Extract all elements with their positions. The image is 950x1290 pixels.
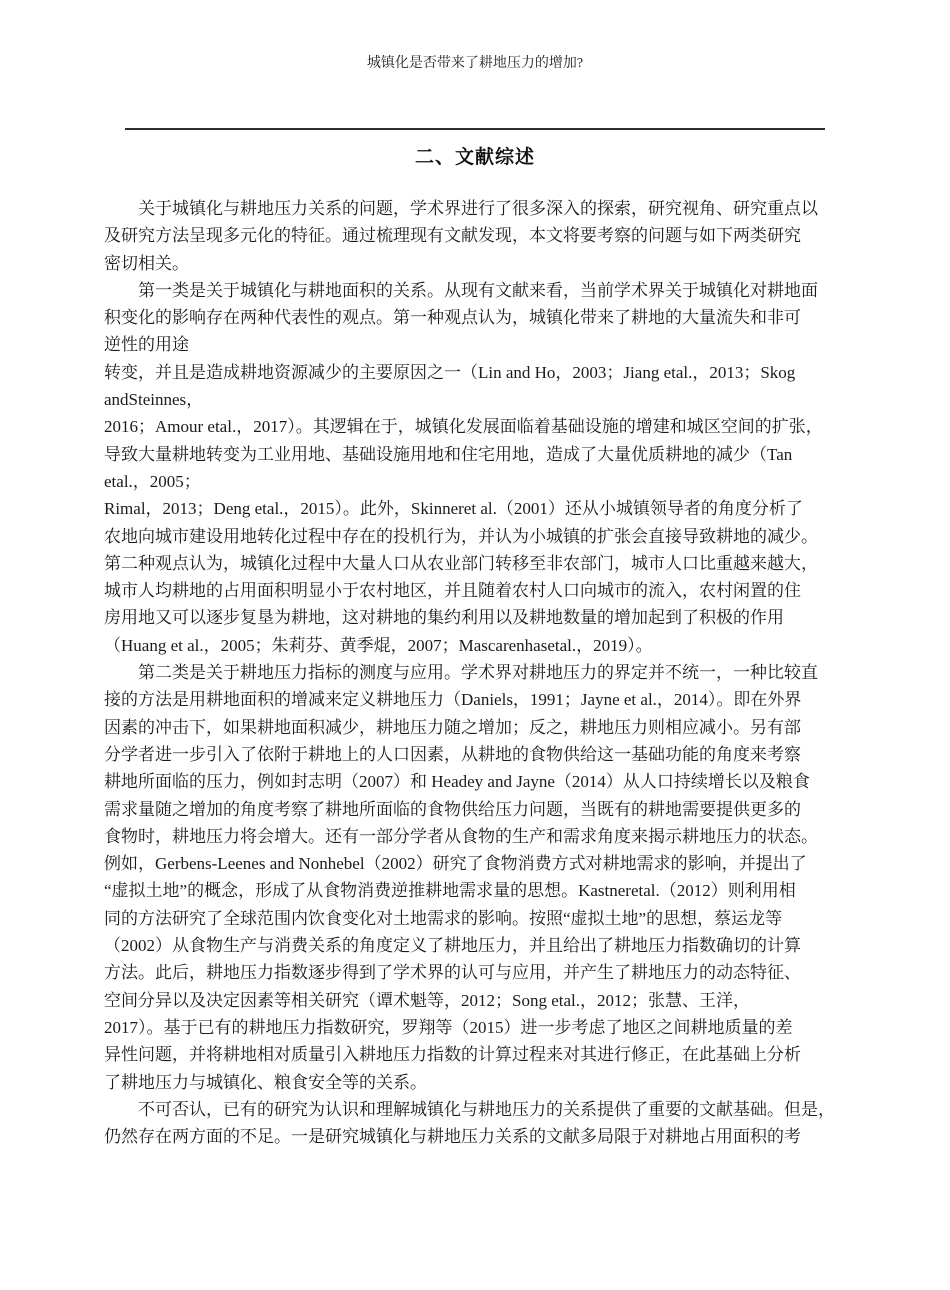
text-line: 了耕地压力与城镇化、粮食安全等的关系。 xyxy=(104,1069,846,1096)
section-title: 二、文献综述 xyxy=(104,146,846,170)
text-line: 农地向城市建设用地转化过程中存在的投机行为，并认为小城镇的扩张会直接导致耕地的减… xyxy=(104,523,846,550)
text-line: 关于城镇化与耕地压力关系的问题，学术界进行了很多深入的探索，研究视角、研究重点以 xyxy=(104,195,846,222)
text-line: 仍然存在两方面的不足。一是研究城镇化与耕地压力关系的文献多局限于对耕地占用面积的… xyxy=(104,1123,846,1150)
text-line: 第二种观点认为，城镇化过程中大量人口从农业部门转移至非农部门，城市人口比重越来越… xyxy=(104,550,846,577)
text-line: 因素的冲击下，如果耕地面积减少，耕地压力随之增加；反之，耕地压力则相应减小。另有… xyxy=(104,714,846,741)
document-body: 关于城镇化与耕地压力关系的问题，学术界进行了很多深入的探索，研究视角、研究重点以… xyxy=(104,195,846,1150)
paragraph: 第一类是关于城镇化与耕地面积的关系。从现有文献来看，当前学术界关于城镇化对耕地面… xyxy=(104,277,846,659)
text-line: 食物时，耕地压力将会增大。还有一部分学者从食物的生产和需求角度来揭示耕地压力的状… xyxy=(104,823,846,850)
text-line: 2017）。基于已有的耕地压力指数研究，罗翔等（2015）进一步考虑了地区之间耕… xyxy=(104,1014,846,1041)
text-line: 耕地所面临的压力，例如封志明（2007）和 Headey and Jayne（2… xyxy=(104,768,846,795)
paragraph: 关于城镇化与耕地压力关系的问题，学术界进行了很多深入的探索，研究视角、研究重点以… xyxy=(104,195,846,277)
paragraph: 第二类是关于耕地压力指标的测度与应用。学术界对耕地压力的界定并不统一，一种比较直… xyxy=(104,659,846,1096)
text-line: “虚拟土地”的概念，形成了从食物消费逆推耕地需求量的思想。Kastneretal… xyxy=(104,877,846,904)
text-line: 需求量随之增加的角度考察了耕地所面临的食物供给压力问题，当既有的耕地需要提供更多… xyxy=(104,796,846,823)
text-line: 积变化的影响存在两种代表性的观点。第一种观点认为，城镇化带来了耕地的大量流失和非… xyxy=(104,304,846,331)
text-line: 例如，Gerbens-Leenes and Nonhebel（2002）研究了食… xyxy=(104,850,846,877)
text-line: 空间分异以及决定因素等相关研究（谭术魁等，2012；Song etal.，201… xyxy=(104,987,846,1014)
text-line: 转变，并且是造成耕地资源减少的主要原因之一（Lin and Ho，2003；Ji… xyxy=(104,359,846,386)
text-line: 及研究方法呈现多元化的特征。通过梳理现有文献发现，本文将要考察的问题与如下两类研… xyxy=(104,222,846,249)
text-line: 异性问题，并将耕地相对质量引入耕地压力指数的计算过程来对其进行修正，在此基础上分… xyxy=(104,1041,846,1068)
header-rule xyxy=(125,128,825,130)
document-page: 城镇化是否带来了耕地压力的增加? 二、文献综述 关于城镇化与耕地压力关系的问题，… xyxy=(0,0,950,1290)
text-line: 第二类是关于耕地压力指标的测度与应用。学术界对耕地压力的界定并不统一，一种比较直 xyxy=(104,659,846,686)
text-line: 城市人均耕地的占用面积明显小于农村地区，并且随着农村人口向城市的流入，农村闲置的… xyxy=(104,577,846,604)
running-header: 城镇化是否带来了耕地压力的增加? xyxy=(104,55,846,73)
text-line: 房用地又可以逐步复垦为耕地，这对耕地的集约利用以及耕地数量的增加起到了积极的作用 xyxy=(104,604,846,631)
text-line: 逆性的用途 xyxy=(104,331,846,358)
text-line: 接的方法是用耕地面积的增减来定义耕地压力（Daniels，1991；Jayne … xyxy=(104,686,846,713)
text-line: 方法。此后，耕地压力指数逐步得到了学术界的认可与应用，并产生了耕地压力的动态特征… xyxy=(104,959,846,986)
text-line: 同的方法研究了全球范围内饮食变化对土地需求的影响。按照“虚拟土地”的思想，蔡运龙… xyxy=(104,905,846,932)
text-line: andSteinnes， xyxy=(104,386,846,413)
text-line: （2002）从食物生产与消费关系的角度定义了耕地压力，并且给出了耕地压力指数确切… xyxy=(104,932,846,959)
text-line: 密切相关。 xyxy=(104,250,846,277)
text-line: etal.，2005； xyxy=(104,468,846,495)
text-line: 2016；Amour etal.，2017）。其逻辑在于，城镇化发展面临着基础设… xyxy=(104,413,846,440)
text-line: 不可否认，已有的研究为认识和理解城镇化与耕地压力的关系提供了重要的文献基础。但是… xyxy=(104,1096,846,1123)
paragraph: 不可否认，已有的研究为认识和理解城镇化与耕地压力的关系提供了重要的文献基础。但是… xyxy=(104,1096,846,1151)
text-line: Rimal，2013；Deng etal.，2015）。此外，Skinneret… xyxy=(104,495,846,522)
text-line: 第一类是关于城镇化与耕地面积的关系。从现有文献来看，当前学术界关于城镇化对耕地面 xyxy=(104,277,846,304)
text-line: （Huang et al.，2005；朱莉芬、黄季焜，2007；Mascaren… xyxy=(104,632,846,659)
text-line: 导致大量耕地转变为工业用地、基础设施用地和住宅用地，造成了大量优质耕地的减少（T… xyxy=(104,441,846,468)
text-line: 分学者进一步引入了依附于耕地上的人口因素，从耕地的食物供给这一基础功能的角度来考… xyxy=(104,741,846,768)
